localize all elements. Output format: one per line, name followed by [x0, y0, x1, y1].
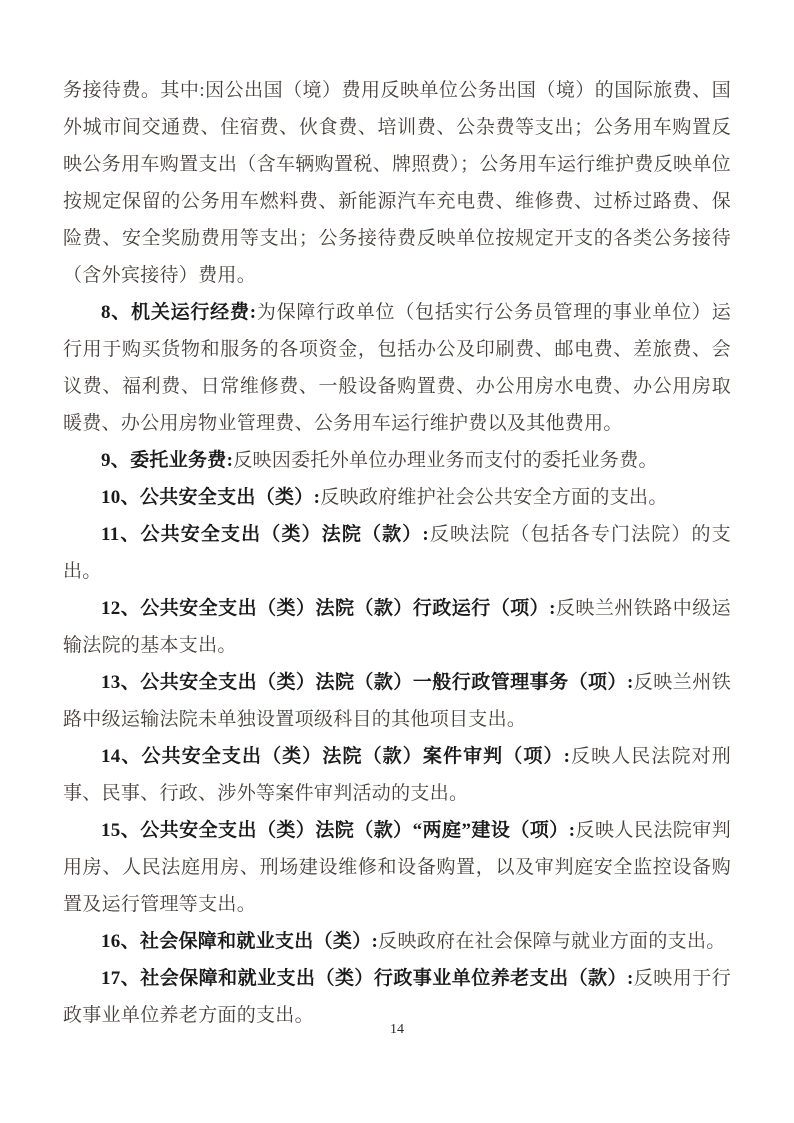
page-number: 14 [0, 1022, 794, 1038]
paragraph-continuation: 务接待费。其中:因公出国（境）费用反映单位公务出国（境）的国际旅费、国外城市间交… [63, 72, 731, 294]
term-heading: 16、社会保障和就业支出（类）: [101, 931, 378, 952]
paragraph-item-14: 14、公共安全支出（类）法院（款）案件审判（项）:反映人民法院对刑事、民事、行政… [63, 738, 731, 812]
term-heading: 13、公共安全支出（类）法院（款）一般行政管理事务（项）: [101, 672, 634, 693]
body-text: 务接待费。其中:因公出国（境）费用反映单位公务出国（境）的国际旅费、国外城市间交… [63, 80, 731, 286]
definition-text: 反映因委托外单位办理业务而支付的委托业务费。 [233, 450, 658, 471]
paragraph-item-12: 12、公共安全支出（类）法院（款）行政运行（项）:反映兰州铁路中级运输法院的基本… [63, 590, 731, 664]
term-heading: 8、机关运行经费: [101, 302, 256, 323]
term-heading: 12、公共安全支出（类）法院（款）行政运行（项）: [101, 598, 556, 619]
term-heading: 17、社会保障和就业支出（类）行政事业单位养老支出（款）: [101, 968, 634, 989]
paragraph-item-11: 11、公共安全支出（类）法院（款）:反映法院（包括各专门法院）的支出。 [63, 516, 731, 590]
paragraph-item-13: 13、公共安全支出（类）法院（款）一般行政管理事务（项）:反映兰州铁路中级运输法… [63, 664, 731, 738]
document-body: 务接待费。其中:因公出国（境）费用反映单位公务出国（境）的国际旅费、国外城市间交… [63, 72, 731, 1034]
document-page: 务接待费。其中:因公出国（境）费用反映单位公务出国（境）的国际旅费、国外城市间交… [0, 0, 794, 1123]
term-heading: 9、委托业务费: [101, 450, 233, 471]
paragraph-item-15: 15、公共安全支出（类）法院（款）“两庭”建设（项）:反映人民法院审判用房、人民… [63, 812, 731, 923]
term-heading: 15、公共安全支出（类）法院（款）“两庭”建设（项）: [101, 820, 575, 841]
paragraph-item-8: 8、机关运行经费:为保障行政单位（包括实行公务员管理的事业单位）运行用于购买货物… [63, 294, 731, 442]
definition-text: 反映政府在社会保障与就业方面的支出。 [378, 931, 725, 952]
paragraph-item-9: 9、委托业务费:反映因委托外单位办理业务而支付的委托业务费。 [63, 442, 731, 479]
definition-text: 反映政府维护社会公共安全方面的支出。 [320, 487, 667, 508]
paragraph-item-10: 10、公共安全支出（类）:反映政府维护社会公共安全方面的支出。 [63, 479, 731, 516]
paragraph-item-16: 16、社会保障和就业支出（类）:反映政府在社会保障与就业方面的支出。 [63, 923, 731, 960]
term-heading: 14、公共安全支出（类）法院（款）案件审判（项）: [101, 746, 570, 767]
term-heading: 11、公共安全支出（类）法院（款）: [101, 524, 429, 545]
term-heading: 10、公共安全支出（类）: [101, 487, 320, 508]
